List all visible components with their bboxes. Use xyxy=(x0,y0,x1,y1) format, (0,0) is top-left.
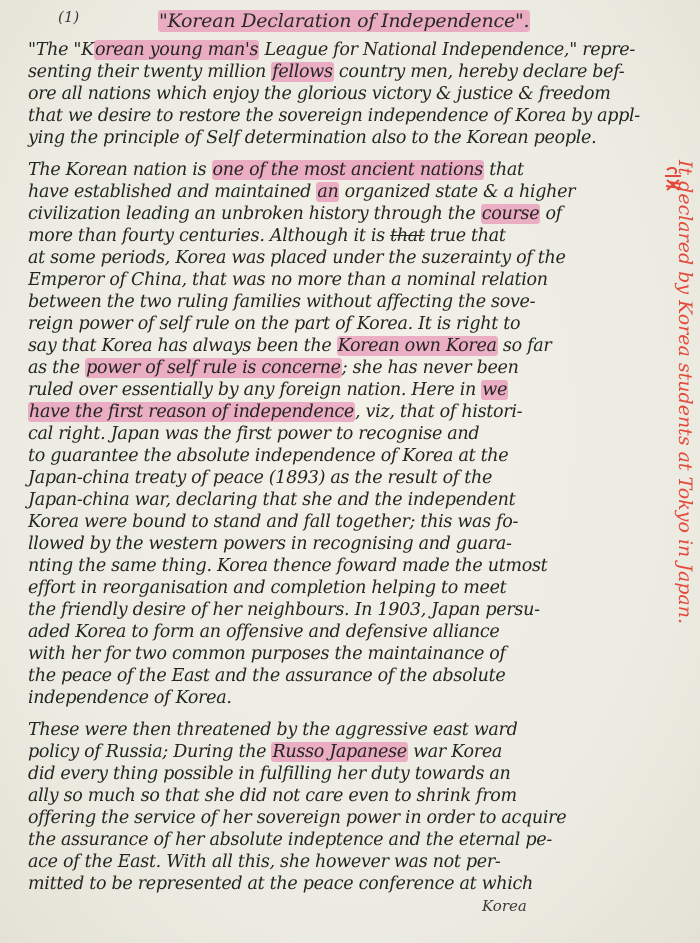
text-segment: Japan-china war, declaring that she and … xyxy=(28,490,515,510)
text-line: the friendly desire of her neighbours. I… xyxy=(28,600,540,620)
highlighted-text: one of the most ancient nations xyxy=(212,160,484,180)
text-segment: ruled over essentially by any foreign na… xyxy=(28,380,481,400)
text-segment: mitted to be represented at the peace co… xyxy=(28,874,533,894)
text-segment: the assurance of her absolute indeptence… xyxy=(28,830,552,850)
text-segment: the peace of the East and the assurance … xyxy=(28,666,505,686)
text-line: nting the same thing. Korea thence fowar… xyxy=(28,556,547,576)
text-segment: to guarantee the absolute independence o… xyxy=(28,446,508,466)
text-segment: civilization leading an unbroken history… xyxy=(28,204,481,224)
struck-text: that xyxy=(390,226,425,246)
text-line: policy of Russia; During the Russo Japan… xyxy=(28,742,502,762)
text-segment: between the two ruling families without … xyxy=(28,292,535,312)
text-segment: aded Korea to form an offensive and defe… xyxy=(28,622,499,642)
text-line: llowed by the western powers in recognis… xyxy=(28,534,512,554)
text-line: offering the service of her sovereign po… xyxy=(28,808,566,828)
text-line: civilization leading an unbroken history… xyxy=(28,204,562,224)
text-line: These were then threatened by the aggres… xyxy=(28,720,518,740)
text-line: the peace of the East and the assurance … xyxy=(28,666,505,686)
text-segment: so far xyxy=(498,336,552,356)
text-line: did every thing possible in fulfilling h… xyxy=(28,764,511,784)
text-line: that we desire to restore the sovereign … xyxy=(28,106,640,126)
text-segment: war Korea xyxy=(408,742,502,762)
text-line: "The "Korean young man's League for Nati… xyxy=(28,40,635,60)
highlighted-text: an xyxy=(316,182,339,202)
text-segment: of xyxy=(540,204,562,224)
text-line: say that Korea has always been the Korea… xyxy=(28,336,551,356)
text-line: as the power of self rule is concerne; s… xyxy=(28,358,519,378)
text-line: ore all nations which enjoy the glorious… xyxy=(28,84,611,104)
highlighted-text: Korean own Korea xyxy=(337,336,498,356)
text-segment: ore all nations which enjoy the glorious… xyxy=(28,84,611,104)
text-line: aded Korea to form an offensive and defe… xyxy=(28,622,499,642)
highlighted-text: we xyxy=(481,380,508,400)
text-segment: reign power of self rule on the part of … xyxy=(28,314,520,334)
signature: Korea xyxy=(482,897,527,915)
text-line: at some periods, Korea was placed under … xyxy=(28,248,566,268)
highlighted-text: Russo Japanese xyxy=(271,742,407,762)
text-segment: more than fourty centuries. Although it … xyxy=(28,226,390,246)
text-segment: country men, hereby declare bef- xyxy=(334,62,625,82)
text-segment: have established and maintained xyxy=(28,182,316,202)
document-title: "Korean Declaration of Independence". xyxy=(158,10,530,32)
text-segment: at some periods, Korea was placed under … xyxy=(28,248,566,268)
highlighted-text: fellows xyxy=(271,62,333,82)
text-segment: ying the principle of Self determination… xyxy=(28,128,596,148)
text-line: independence of Korea. xyxy=(28,688,232,708)
text-line: the assurance of her absolute indeptence… xyxy=(28,830,552,850)
text-segment: policy of Russia; During the xyxy=(28,742,271,762)
text-segment: independence of Korea. xyxy=(28,688,232,708)
text-segment: cal right. Japan was the first power to … xyxy=(28,424,479,444)
text-segment: organized state & a higher xyxy=(339,182,575,202)
text-line: Emperor of China, that was no more than … xyxy=(28,270,548,290)
text-line: ying the principle of Self determination… xyxy=(28,128,596,148)
text-segment: These were then threatened by the aggres… xyxy=(28,720,518,740)
text-line: Korea were bound to stand and fall toget… xyxy=(28,512,518,532)
text-segment: true that xyxy=(425,226,506,246)
text-segment: that we desire to restore the sovereign … xyxy=(28,106,640,126)
text-line: between the two ruling families without … xyxy=(28,292,535,312)
margin-annotation-text: It declared by Korea students at Tokyo i… xyxy=(674,160,696,624)
text-segment: Korea were bound to stand and fall toget… xyxy=(28,512,518,532)
text-segment: effort in reorganisation and completion … xyxy=(28,578,506,598)
text-segment: nting the same thing. Korea thence fowar… xyxy=(28,556,547,576)
text-line: reign power of self rule on the part of … xyxy=(28,314,520,334)
text-line: senting their twenty million fellows cou… xyxy=(28,62,624,82)
text-line: ace of the East. With all this, she howe… xyxy=(28,852,501,872)
text-segment: Japan-china treaty of peace (1893) as th… xyxy=(28,468,492,488)
text-line: have established and maintained an organ… xyxy=(28,182,575,202)
document-page: (1) "Korean Declaration of Independence"… xyxy=(0,0,700,943)
text-line: Japan-china treaty of peace (1893) as th… xyxy=(28,468,492,488)
text-line: have the first reason of independence, v… xyxy=(28,402,522,422)
text-segment: ; she has never been xyxy=(342,358,519,378)
highlighted-text: course xyxy=(481,204,541,224)
text-segment: Emperor of China, that was no more than … xyxy=(28,270,548,290)
text-segment: did every thing possible in fulfilling h… xyxy=(28,764,511,784)
text-segment: llowed by the western powers in recognis… xyxy=(28,534,512,554)
text-segment: offering the service of her sovereign po… xyxy=(28,808,566,828)
text-line: more than fourty centuries. Although it … xyxy=(28,226,506,246)
text-segment: ace of the East. With all this, she howe… xyxy=(28,852,501,872)
text-line: Japan-china war, declaring that she and … xyxy=(28,490,515,510)
text-segment: as the xyxy=(28,358,85,378)
text-segment: with her for two common purposes the mai… xyxy=(28,644,506,664)
title-highlight: "Korean Declaration of Independence". xyxy=(158,10,530,32)
text-segment: The Korean nation is xyxy=(28,160,212,180)
margin-annotation: It declared by Korea students at Tokyo i… xyxy=(676,160,696,660)
text-segment: "The "K xyxy=(28,40,94,60)
text-line: ruled over essentially by any foreign na… xyxy=(28,380,508,400)
text-segment: ally so much so that she did not care ev… xyxy=(28,786,517,806)
text-segment: say that Korea has always been the xyxy=(28,336,337,356)
text-line: The Korean nation is one of the most anc… xyxy=(28,160,524,180)
highlighted-text: have the first reason of independence xyxy=(28,402,355,422)
text-segment: that xyxy=(484,160,524,180)
text-segment: senting their twenty million xyxy=(28,62,271,82)
text-line: to guarantee the absolute independence o… xyxy=(28,446,508,466)
text-line: ally so much so that she did not care ev… xyxy=(28,786,517,806)
text-segment: the friendly desire of her neighbours. I… xyxy=(28,600,540,620)
highlighted-text: power of self rule is concerne xyxy=(85,358,342,378)
text-line: with her for two common purposes the mai… xyxy=(28,644,506,664)
text-line: effort in reorganisation and completion … xyxy=(28,578,506,598)
text-segment: , viz, that of histori- xyxy=(355,402,522,422)
text-segment: League for National Independence," repre… xyxy=(259,40,635,60)
text-line: mitted to be represented at the peace co… xyxy=(28,874,533,894)
highlighted-text: orean young man's xyxy=(94,40,259,60)
page-number: (1) xyxy=(58,8,79,26)
text-line: cal right. Japan was the first power to … xyxy=(28,424,479,444)
